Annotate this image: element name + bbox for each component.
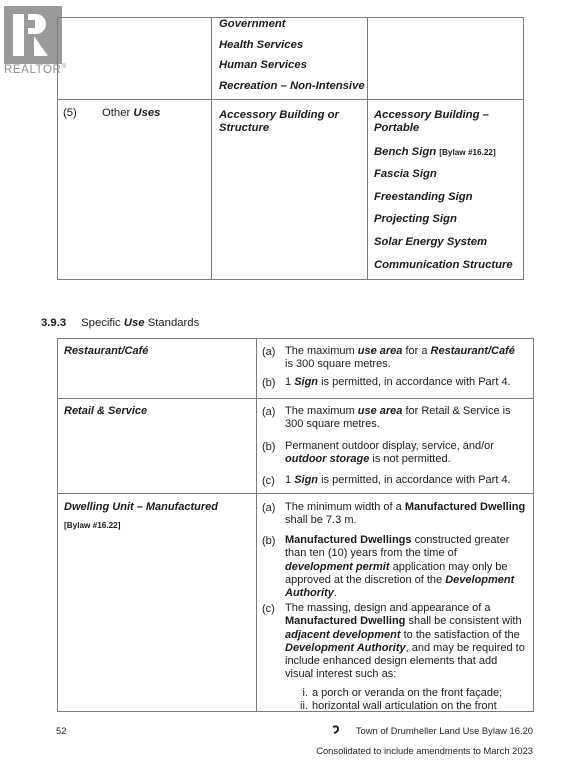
standard-name: Dwelling Unit – Manufactured	[64, 501, 218, 514]
use-item: Human Services	[219, 59, 307, 72]
clause-text: The minimum width of a Manufactured Dwel…	[285, 501, 533, 528]
clause-text: 1 Sign is permitted, in accordance with …	[285, 376, 533, 389]
sub-clause-label: i.	[288, 687, 308, 700]
clause-text: The maximum use area for Retail & Servic…	[285, 405, 533, 432]
standard-name: Restaurant/Café	[64, 345, 148, 358]
use-item: Health Services	[219, 39, 303, 52]
page-number: 52	[56, 725, 66, 736]
discretionary-use: Accessory Building – Portable	[374, 109, 514, 135]
drumheller-swirl-icon	[330, 723, 342, 735]
realtor-logo-icon	[4, 6, 62, 64]
row-category: Other Uses	[102, 107, 160, 120]
clause-label: (c)	[262, 475, 275, 487]
discretionary-use: Fascia Sign	[374, 168, 437, 181]
document-title: Town of Drumheller Land Use Bylaw 16.20	[356, 725, 533, 736]
discretionary-use: Projecting Sign	[374, 213, 457, 226]
clause-text: 1 Sign is permitted, in accordance with …	[285, 474, 533, 487]
consolidation-note: Consolidated to include amendments to Ma…	[316, 745, 533, 756]
standard-name: Retail & Service	[64, 405, 147, 418]
discretionary-use: Freestanding Sign	[374, 191, 473, 204]
sub-clause-text: horizontal wall articulation on the fron…	[312, 700, 497, 713]
clause-label: (b)	[262, 535, 275, 547]
discretionary-use: Solar Energy System	[374, 236, 487, 249]
clause-label: (a)	[262, 502, 275, 514]
use-item: Government	[219, 18, 286, 31]
clause-text: Manufactured Dwellings constructed great…	[285, 534, 533, 600]
clause-label: (a)	[262, 346, 275, 358]
clause-label: (b)	[262, 441, 275, 453]
permitted-use: Accessory Building or Structure	[219, 109, 359, 135]
clause-label: (b)	[262, 377, 275, 389]
clause-text: The maximum use area for a Restaurant/Ca…	[285, 345, 533, 372]
use-item: Recreation – Non-Intensive	[219, 80, 365, 93]
bylaw-note: [Bylaw #16.22]	[64, 521, 120, 530]
section-heading: 3.9.3Specific Use Standards	[41, 317, 199, 329]
discretionary-use: Communication Structure	[374, 259, 513, 272]
clause-text: The massing, design and appearance of a …	[285, 602, 533, 682]
row-number: (5)	[63, 107, 77, 120]
clause-text: Permanent outdoor display, service, and/…	[285, 440, 533, 467]
discretionary-use: Bench Sign [Bylaw #16.22]	[374, 146, 496, 159]
sub-clause-label: ii.	[288, 700, 308, 713]
section-number: 3.9.3	[41, 317, 66, 329]
sub-clause-text: a porch or veranda on the front façade;	[312, 687, 502, 700]
clause-label: (c)	[262, 603, 275, 615]
clause-label: (a)	[262, 406, 275, 418]
